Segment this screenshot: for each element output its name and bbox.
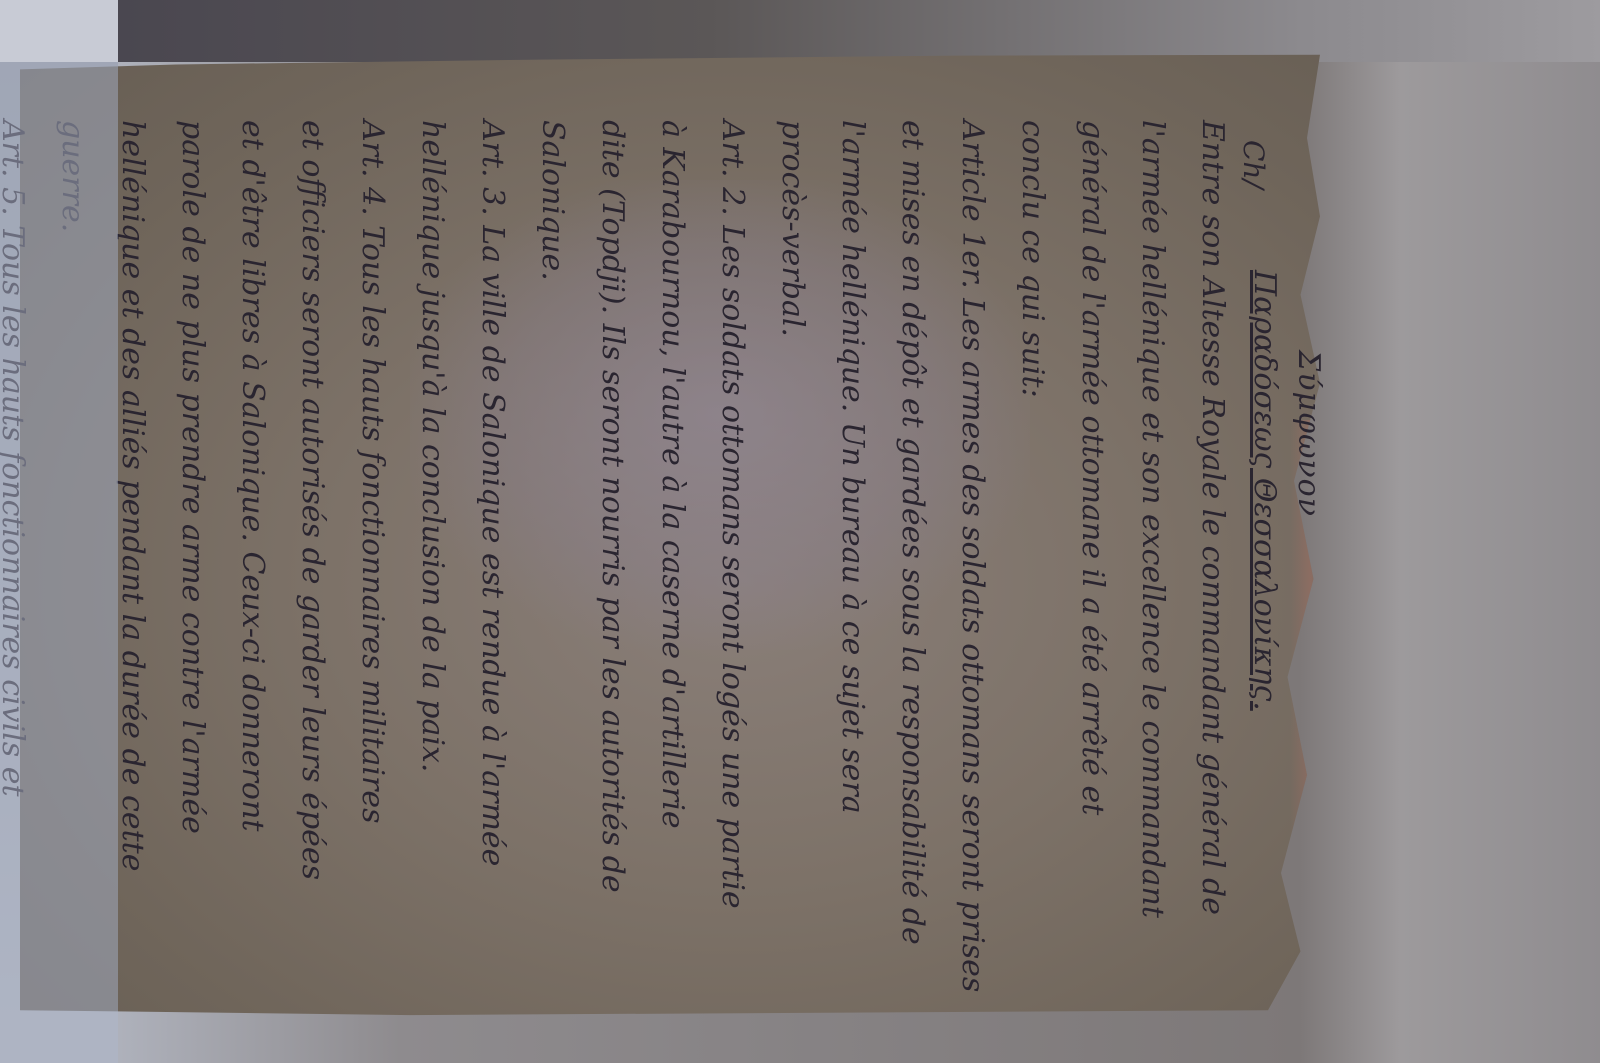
text-line: Art. 3. La ville de Salonique est rendue… [462,120,522,990]
handwritten-text: Ch/ Σύμφωνον Παραδόσεως Θεσσαλονίκης. En… [0,90,1330,990]
background-shelf [118,0,1600,62]
text-line: Salonique. [522,120,582,990]
text-line: Article 1er. Les armes des soldats ottom… [942,120,1002,990]
text-line: procès-verbal. [762,120,822,990]
document-body: Entre son Altesse Royale le commandant g… [0,90,1242,990]
text-line: et officiers seront autorisés de garder … [282,120,342,990]
text-line: Art. 4. Tous les hauts fonctionnaires mi… [342,120,402,990]
document-heading: Σύμφωνον [1286,350,1330,990]
text-line: Entre son Altesse Royale le commandant g… [1182,120,1242,990]
text-line: général de l'armée ottomane il a été arr… [1062,120,1122,990]
document-subheading: Παραδόσεως Θεσσαλονίκης. [1242,270,1286,990]
text-line: l'armée hellénique et son excellence le … [1122,120,1182,990]
text-line: dite (Topdji). Ils seront nourris par le… [582,120,642,990]
text-line: conclu ce qui suit: [1002,120,1062,990]
text-line: Art. 2. Les soldats ottomans seront logé… [702,120,762,990]
text-line: hellénique jusqu'à la conclusion de la p… [402,120,462,990]
background-light-corner [0,0,118,62]
text-line: à Karabournou, l'autre à la caserne d'ar… [642,120,702,990]
text-line: parole de ne plus prendre arme contre l'… [162,120,222,990]
text-line: et mises en dépôt et gardées sous la res… [882,120,942,990]
glass-reflection [0,62,118,1063]
text-line: l'armée hellénique. Un bureau à ce sujet… [822,120,882,990]
margin-mark: Ch/ [1237,140,1270,189]
text-line: et d'être libres à Salonique. Ceux-ci do… [222,120,282,990]
